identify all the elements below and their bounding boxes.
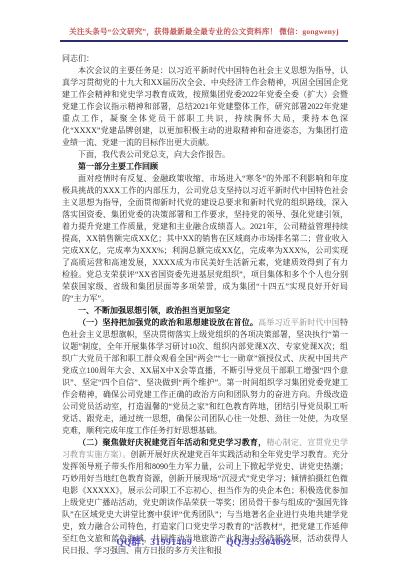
document-body: 同志们： 本次会议的主要任务是：以习近平新时代中国特色社会主义思想为指导，认真学… xyxy=(62,53,348,557)
item1-lead: （一）坚持把加强党的政治和思想建设放在首位。 xyxy=(78,318,258,327)
document-page: 关注头条号“公文研究”，获得最新最全最专业的公文资料库！ 微信：gongweny… xyxy=(0,0,408,580)
paragraph-transition: 下面，我代表公司党总支，向大会作报告。 xyxy=(62,149,348,161)
paragraph-review: 面对疫情时有反复、金融政策收缩、市场进入“寒冬”的外部不利影响和年度极具挑战的X… xyxy=(62,173,348,305)
item1-body: 特色社会主义思想旗帜，坚决贯彻落实上级党组织的各项决策部署，坚决执行“第一议题”… xyxy=(62,318,348,435)
qq-label: QQ: xyxy=(226,538,244,548)
promo-banner: 关注头条号“公文研究”，获得最新最全最专业的公文资料库！ 微信：gongweny… xyxy=(60,26,348,42)
item2-lead: （二）聚焦做好庆祝建党百年活动和党史学习教育， xyxy=(78,438,266,447)
section1-heading: 一、不断加强思想引领，政治担当更加坚定 xyxy=(62,305,348,317)
part1-heading: 第一部分主要工作回顾 xyxy=(62,161,348,173)
item1-paragraph: （一）坚持把加强党的政治和思想建设放在首位。高举习近平新时代中国特色社会主义思想… xyxy=(62,317,348,437)
salutation: 同志们： xyxy=(62,53,348,65)
item1-lead-tail: 高举习近平新时代中国 xyxy=(258,318,340,327)
paragraph-intro: 本次会议的主要任务是：以习近平新时代中国特色社会主义思想为指导，认真学习贯彻党的… xyxy=(62,65,348,149)
qq-number: 535304092 xyxy=(244,538,291,548)
qq-group-number: 31991489 xyxy=(150,538,192,548)
qq-group-label: QQ群： xyxy=(117,538,151,548)
footer-contact: QQ群：31991489QQ:535304092 xyxy=(0,534,408,548)
